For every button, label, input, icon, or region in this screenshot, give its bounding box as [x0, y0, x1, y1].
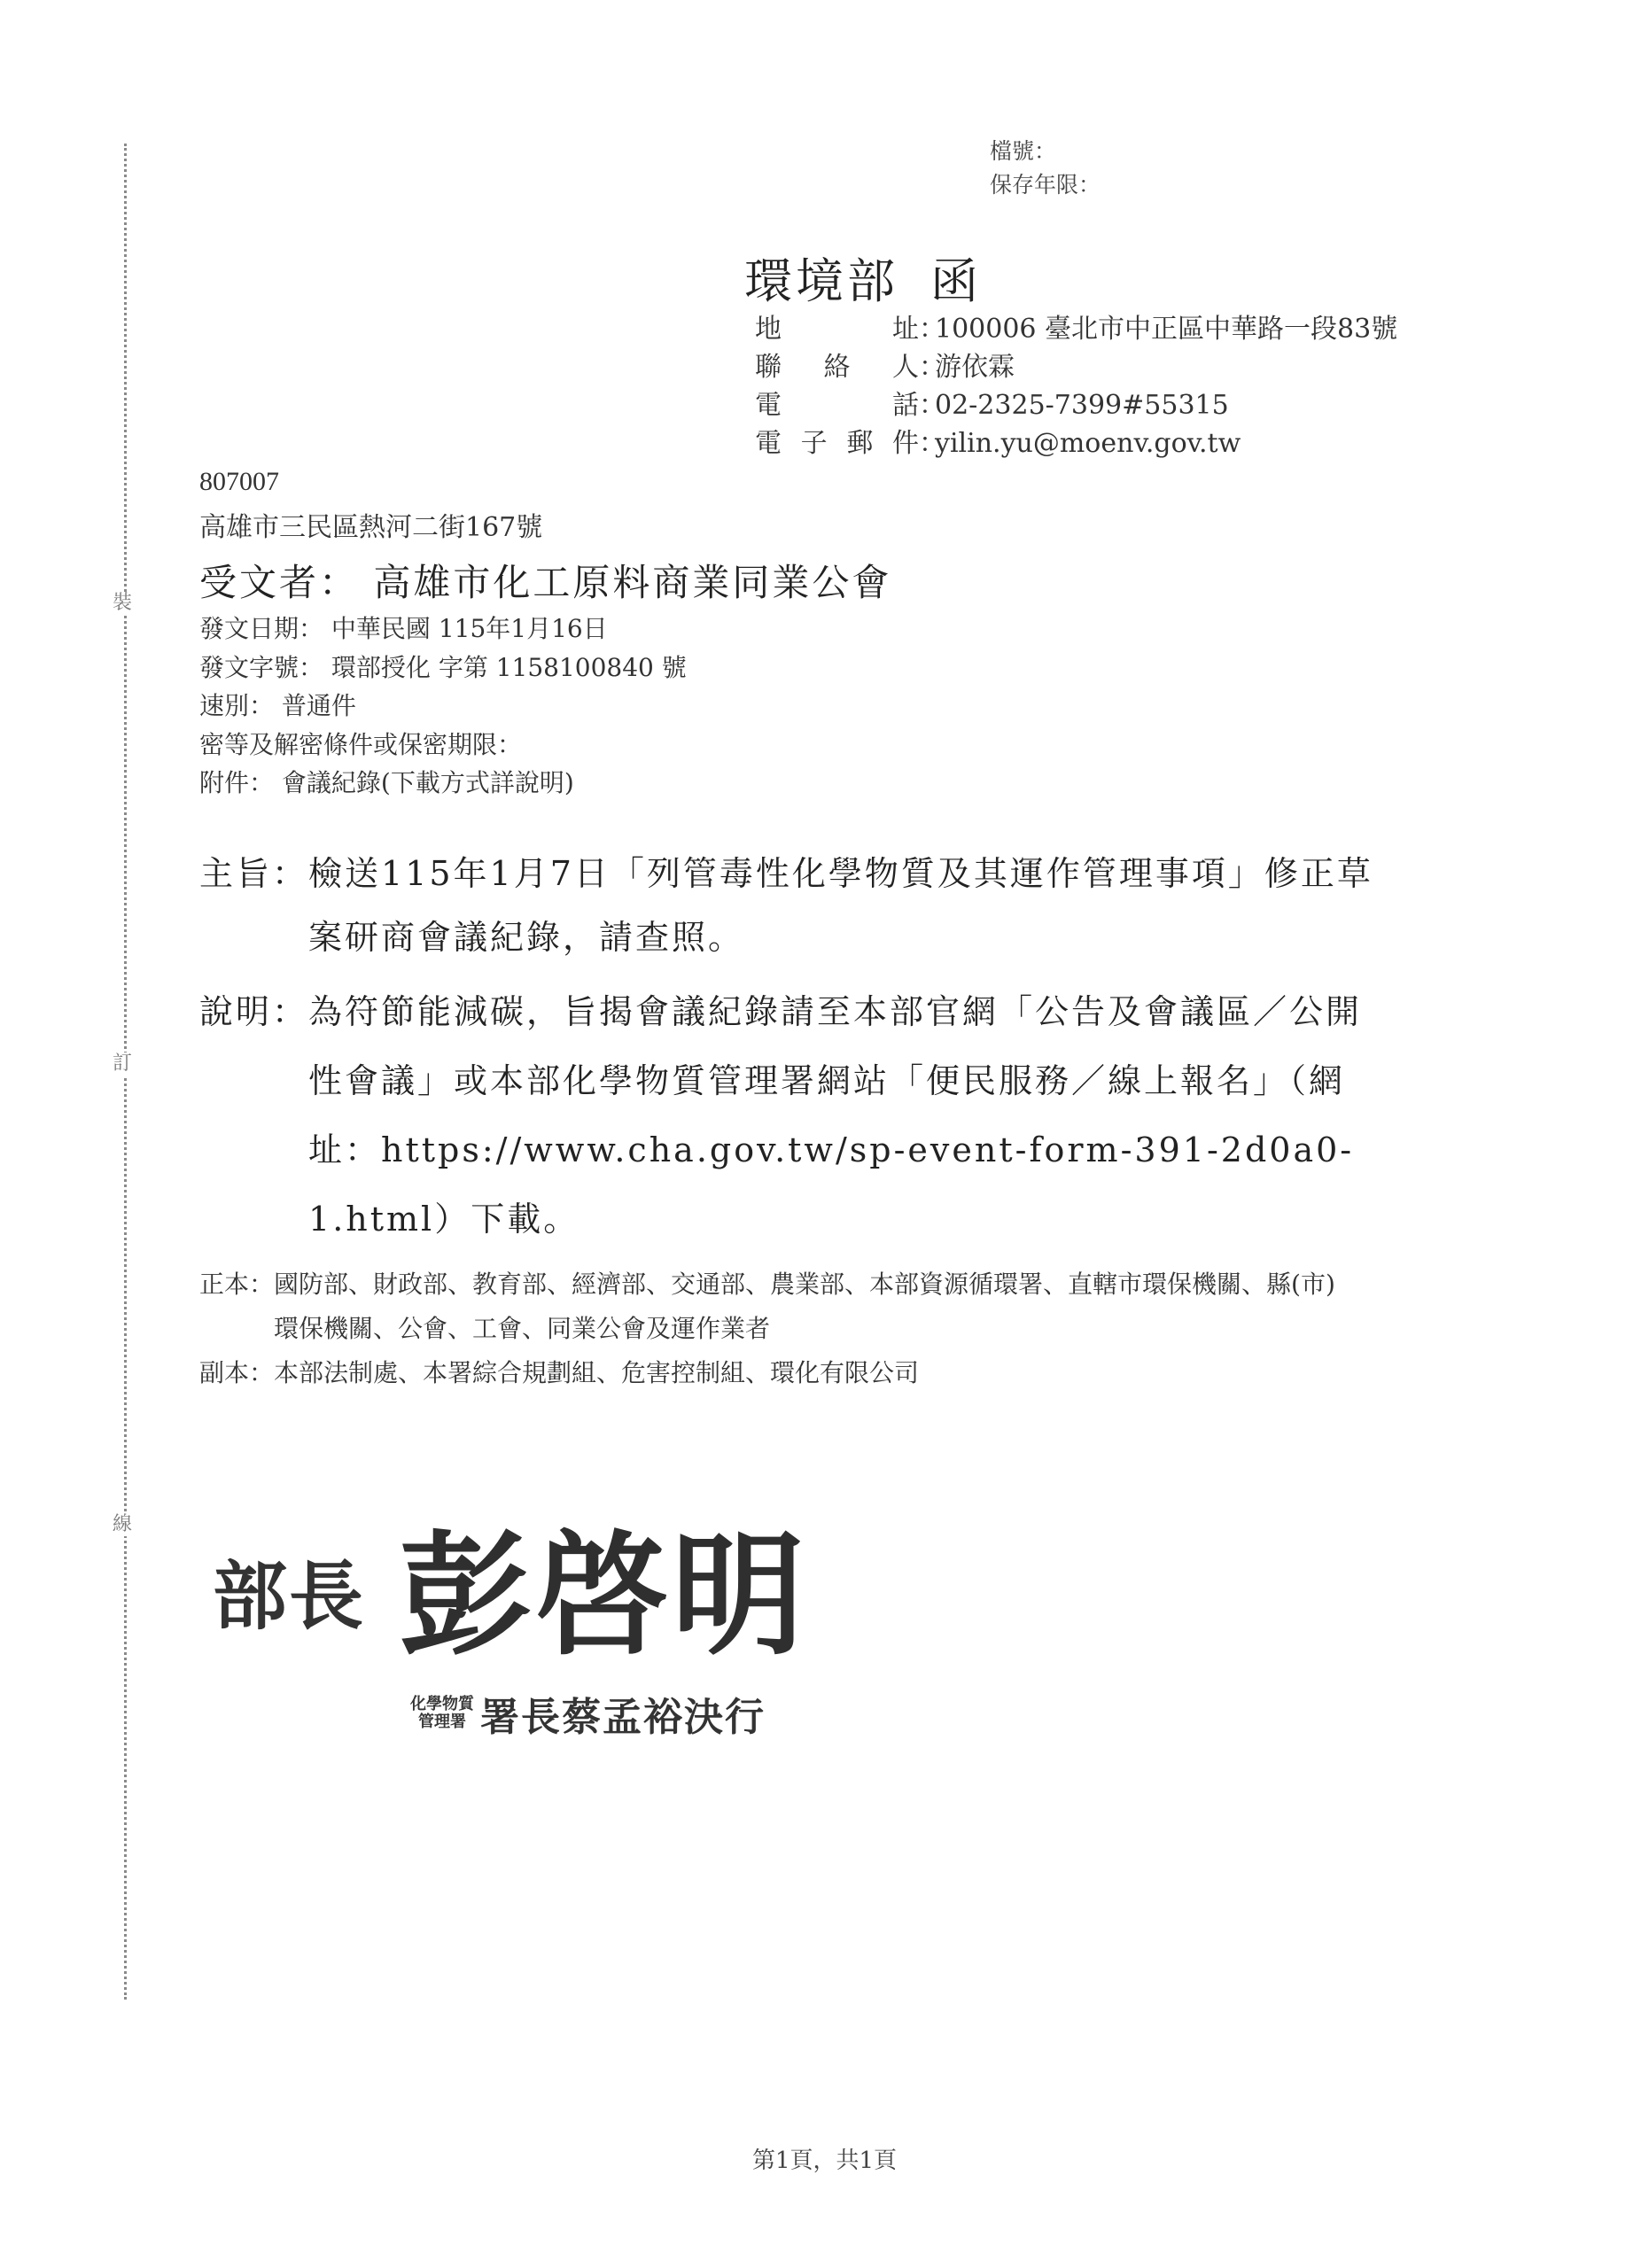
attachment-label: 附件： [199, 768, 274, 797]
document-title: 環境部函 [744, 244, 982, 312]
speed-row: 速別： 普通件 [199, 687, 687, 726]
document-number-row: 發文字號： 環部授化 字第 1158100840 號 [199, 649, 687, 687]
recipient-line: 受文者： 高雄市化工原料商業同業公會 [199, 554, 891, 607]
page-number: 第1頁，共1頁 [0, 2142, 1649, 2175]
document-type: 函 [930, 253, 982, 309]
issue-date-label: 發文日期： [199, 614, 323, 643]
contact-label: 電 話 [755, 386, 919, 424]
recipient-name: 高雄市化工原料商業同業公會 [373, 561, 891, 604]
delegation-text: 署長蔡孟裕決行 [480, 1685, 766, 1742]
attachment-row: 附件： 會議紀錄(下載方式詳說明) [199, 764, 687, 803]
signature-name: 彭啓明 [399, 1488, 808, 1680]
explanation-section: 說明： 為符節能減碳，旨揭會議紀錄請至本部官網「公告及會議區／公開性會議」或本部… [199, 977, 1440, 1254]
file-number-label: 檔號： [990, 135, 1056, 168]
contact-person-value: 游依霖 [935, 348, 1015, 386]
contact-label: 地 址 [755, 310, 919, 348]
contact-email-value[interactable]: yilin.yu@moenv.gov.tw [935, 424, 1241, 462]
copy-recipients-body: 本部法制處、本署綜合規劃組、危害控制組、環化有限公司 [274, 1351, 1346, 1395]
sender-contact-block: 地 址 ： 100006 臺北市中正區中華路一段83號 聯 絡 人 ： 游依霖 … [755, 310, 1397, 462]
copy-recipients-row: 副本： 本部法制處、本署綜合規劃組、危害控制組、環化有限公司 [199, 1351, 1440, 1395]
main-recipients-row: 正本： 國防部、財政部、教育部、經濟部、交通部、農業部、本部資源循環署、直轄市環… [199, 1262, 1440, 1351]
copy-recipients-label: 副本： [199, 1351, 274, 1395]
agency-name: 環境部 [744, 253, 898, 309]
secrecy-row: 密等及解密條件或保密期限： [199, 726, 687, 765]
signature-delegation: 化學物質 管理署 署長蔡孟裕決行 [408, 1685, 766, 1742]
subject-body: 檢送115年1月7日「列管毒性化學物質及其運作管理事項」修正草案研商會議紀錄，請… [308, 842, 1381, 969]
recipient-address: 高雄市三民區熱河二街167號 [199, 505, 542, 544]
main-recipients-label: 正本： [199, 1262, 274, 1351]
binding-mark-zhuang: 裝 [113, 592, 132, 615]
retention-period-label: 保存年限： [990, 168, 1101, 202]
secrecy-label: 密等及解密條件或保密期限： [199, 730, 522, 759]
delegating-agency: 化學物質 管理署 [408, 1696, 477, 1731]
contact-phone-value: 02-2325-7399#55315 [935, 386, 1229, 424]
explanation-label: 說明： [199, 977, 308, 1254]
distribution-section: 正本： 國防部、財政部、教育部、經濟部、交通部、農業部、本部資源循環署、直轄市環… [199, 1262, 1440, 1395]
signature-seal: 部長 彭啓明 化學物質 管理署 署長蔡孟裕決行 [213, 1488, 886, 1745]
document-number-value: 環部授化 字第 1158100840 號 [331, 653, 687, 682]
explanation-body: 為符節能減碳，旨揭會議紀錄請至本部官網「公告及會議區／公開性會議」或本部化學物質… [308, 977, 1381, 1254]
contact-row-person: 聯 絡 人 ： 游依霖 [755, 348, 1397, 386]
issue-date-value: 中華民國 115年1月16日 [331, 614, 608, 643]
contact-row-email: 電 子 郵 件 ： yilin.yu@moenv.gov.tw [755, 424, 1397, 462]
contact-row-address: 地 址 ： 100006 臺北市中正區中華路一段83號 [755, 310, 1397, 348]
attachment-value: 會議紀錄(下載方式詳說明) [282, 768, 574, 797]
document-info-block: 發文日期： 中華民國 115年1月16日 發文字號： 環部授化 字第 11581… [199, 610, 687, 803]
contact-row-phone: 電 話 ： 02-2325-7399#55315 [755, 386, 1397, 424]
document-number-label: 發文字號： [199, 653, 323, 682]
subject-section: 主旨： 檢送115年1月7日「列管毒性化學物質及其運作管理事項」修正草案研商會議… [199, 842, 1440, 969]
subject-label: 主旨： [199, 842, 308, 969]
binding-mark-xian: 線 [113, 1513, 132, 1536]
speed-value: 普通件 [282, 691, 356, 720]
recipient-label: 受文者： [199, 561, 359, 604]
contact-address-value: 100006 臺北市中正區中華路一段83號 [935, 310, 1397, 348]
issue-date-row: 發文日期： 中華民國 115年1月16日 [199, 610, 687, 649]
contact-label: 聯 絡 人 [755, 348, 919, 386]
recipient-zip-code: 807007 [199, 467, 279, 497]
main-recipients-body: 國防部、財政部、教育部、經濟部、交通部、農業部、本部資源循環署、直轄市環保機關、… [274, 1262, 1346, 1351]
signature-title: 部長 [213, 1537, 365, 1644]
contact-label: 電 子 郵 件 [755, 424, 919, 462]
speed-label: 速別： [199, 691, 274, 720]
binding-mark-ding: 訂 [113, 1052, 132, 1076]
